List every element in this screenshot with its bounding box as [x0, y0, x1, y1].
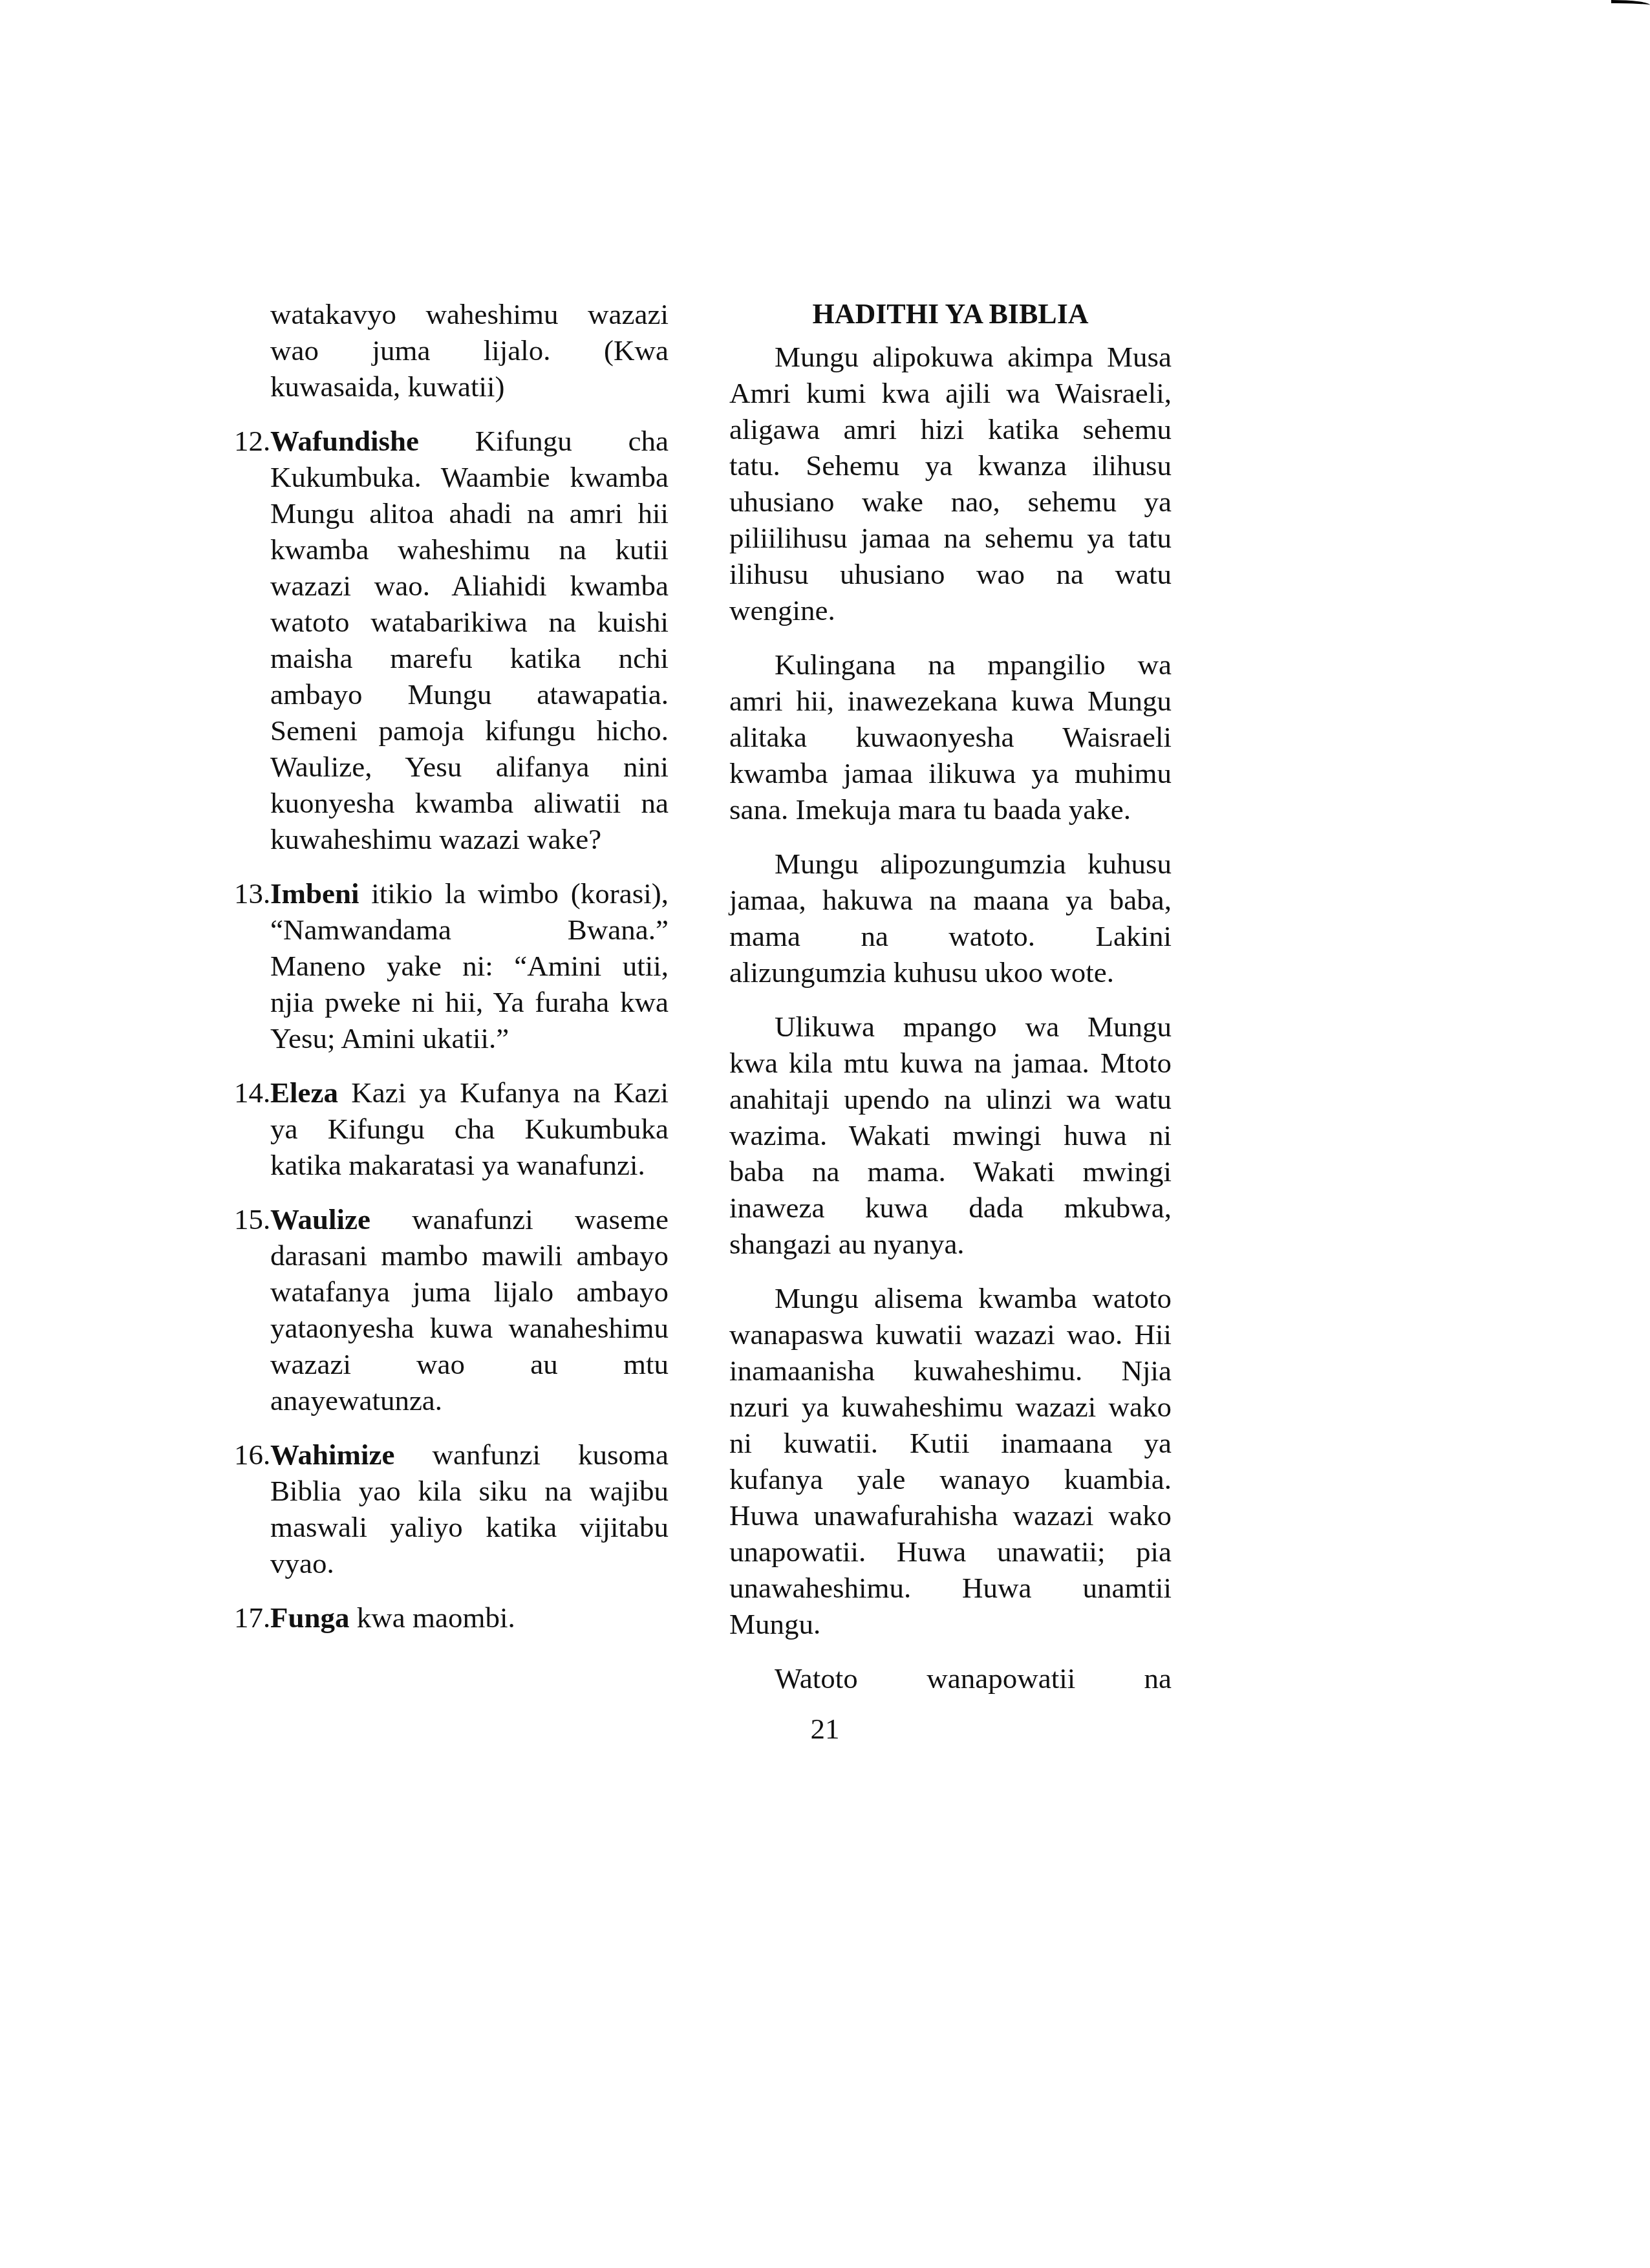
text-line: watakavyo waheshimu wazazi: [270, 296, 669, 332]
item-number: 12.: [234, 423, 270, 459]
text-line: Mungu alitoa ahadi na amri hii: [270, 495, 669, 531]
text-line: watafanya juma lijalo ambayo: [270, 1274, 669, 1310]
text-line: kuwasaida, kuwatii): [270, 369, 669, 405]
text-line: aligawa amri hizi katika sehemu: [729, 411, 1172, 447]
text-line: shangazi au nyanya.: [729, 1226, 1172, 1262]
text-line: wanapaswa kuwatii wazazi wao. Hii: [729, 1316, 1172, 1353]
text-line: unawaheshimu. Huwa unamtii: [729, 1570, 1172, 1606]
item-text: Kifungu cha: [475, 425, 669, 457]
text-line: maisha marefu katika nchi: [270, 640, 669, 676]
continuation-text: watakavyo waheshimu wazazi wao juma lija…: [234, 296, 669, 405]
text-line: Yesu; Amini ukatii.”: [270, 1020, 669, 1056]
text-line: Waulize, Yesu alifanya nini: [270, 749, 669, 785]
text-line: uhusiano wake nao, sehemu ya: [729, 484, 1172, 520]
text-line: Wafundishe Kifungu cha: [270, 423, 669, 459]
text-line: nzuri ya kuwaheshimu wazazi wako: [729, 1389, 1172, 1425]
text-line: inamaanisha kuwaheshimu. Njia: [729, 1353, 1172, 1389]
text-line: Waulize wanafunzi waseme: [270, 1201, 669, 1237]
item-lead-verb: Wahimize: [270, 1439, 394, 1471]
text-line: Mungu alisema kwamba watoto: [729, 1280, 1172, 1316]
text-line: kuonyesha kwamba aliwatii na: [270, 785, 669, 821]
paragraph: Ulikuwa mpango wa Mungukwa kila mtu kuwa…: [729, 1009, 1172, 1262]
text-line: yataonyesha kuwa wanaheshimu: [270, 1310, 669, 1346]
text-line: Maneno yake ni: “Amini utii,: [270, 948, 669, 984]
list-item: 15.Waulize wanafunzi wasemedarasani mamb…: [234, 1201, 669, 1418]
text-line: piliilihusu jamaa na sehemu ya tatu: [729, 520, 1172, 556]
list-item: 13.Imbeni itikio la wimbo (korasi),“Namw…: [234, 875, 669, 1056]
text-line: njia pweke ni hii, Ya furaha kwa: [270, 984, 669, 1020]
item-lead-verb: Wafundishe: [270, 425, 419, 457]
page-number: 21: [0, 1712, 1650, 1746]
text-line: ni kuwatii. Kutii inamaana ya: [729, 1425, 1172, 1461]
item-text: kwa maombi.: [357, 1601, 515, 1634]
text-line: katika makaratasi ya wanafunzi.: [270, 1147, 669, 1183]
paragraph: Watoto wanapowatii na: [729, 1660, 1172, 1696]
text-line: Eleza Kazi ya Kufanya na Kazi: [270, 1075, 669, 1111]
text-line: watoto watabarikiwa na kuishi: [270, 604, 669, 640]
text-line: tatu. Sehemu ya kwanza ilihusu: [729, 447, 1172, 484]
item-lead-verb: Eleza: [270, 1076, 338, 1109]
text-line: Mungu alipozungumzia kuhusu: [729, 846, 1172, 882]
instruction-list: 12.Wafundishe Kifungu chaKukumbuka. Waam…: [234, 423, 669, 1636]
text-line: wazima. Wakati mwingi huwa ni: [729, 1117, 1172, 1153]
text-line: kwamba waheshimu na kutii: [270, 531, 669, 568]
item-text: Kazi ya Kufanya na Kazi: [351, 1076, 669, 1109]
text-line: wazazi wao au mtu: [270, 1346, 669, 1382]
paragraph: Mungu alipokuwa akimpa MusaAmri kumi kwa…: [729, 339, 1172, 628]
text-line: Semeni pamoja kifungu hicho.: [270, 712, 669, 749]
text-line: Kulingana na mpangilio wa: [729, 647, 1172, 683]
item-text: wanafunzi waseme: [412, 1203, 669, 1236]
item-number: 13.: [234, 875, 270, 912]
list-item: 12.Wafundishe Kifungu chaKukumbuka. Waam…: [234, 423, 669, 857]
item-number: 17.: [234, 1599, 270, 1636]
text-line: anahitaji upendo na ulinzi wa watu: [729, 1081, 1172, 1117]
item-number: 14.: [234, 1075, 270, 1111]
text-line: sana. Imekuja mara tu baada yake.: [729, 791, 1172, 828]
text-line: wazazi wao. Aliahidi kwamba: [270, 568, 669, 604]
text-line: ambayo Mungu atawapatia.: [270, 676, 669, 712]
text-line: maswali yaliyo katika vijitabu: [270, 1509, 669, 1545]
text-line: Mungu.: [729, 1606, 1172, 1642]
text-line: kufanya yale wanayo kuambia.: [729, 1461, 1172, 1497]
text-line: Watoto wanapowatii na: [729, 1660, 1172, 1696]
text-line: anayewatunza.: [270, 1382, 669, 1418]
text-line: kwamba jamaa ilikuwa ya muhimu: [729, 755, 1172, 791]
list-item: 14.Eleza Kazi ya Kufanya na Kaziya Kifun…: [234, 1075, 669, 1183]
text-line: jamaa, hakuwa na maana ya baba,: [729, 882, 1172, 918]
text-line: vyao.: [270, 1545, 669, 1581]
text-line: Amri kumi kwa ajili wa Waisraeli,: [729, 375, 1172, 411]
text-line: ilihusu uhusiano wao na watu: [729, 556, 1172, 592]
text-line: baba na mama. Wakati mwingi: [729, 1153, 1172, 1190]
text-line: Imbeni itikio la wimbo (korasi),: [270, 875, 669, 912]
text-line: “Namwandama Bwana.”: [270, 912, 669, 948]
item-text: wanfunzi kusoma: [433, 1439, 669, 1471]
text-line: wengine.: [729, 592, 1172, 628]
text-line: Biblia yao kila siku na wajibu: [270, 1473, 669, 1509]
item-lead-verb: Imbeni: [270, 877, 359, 910]
right-column: HADITHI YA BIBLIA Mungu alipokuwa akimpa…: [729, 296, 1172, 1715]
text-line: mama na watoto. Lakini: [729, 918, 1172, 954]
section-heading: HADITHI YA BIBLIA: [729, 296, 1172, 332]
text-line: kwa kila mtu kuwa na jamaa. Mtoto: [729, 1045, 1172, 1081]
item-number: 16.: [234, 1437, 270, 1473]
paragraph: Mungu alisema kwamba watotowanapaswa kuw…: [729, 1280, 1172, 1642]
text-line: Kukumbuka. Waambie kwamba: [270, 459, 669, 495]
text-line: alitaka kuwaonyesha Waisraeli: [729, 719, 1172, 755]
list-item: 16.Wahimize wanfunzi kusomaBiblia yao ki…: [234, 1437, 669, 1581]
item-text: itikio la wimbo (korasi),: [371, 877, 669, 910]
text-line: darasani mambo mawili ambayo: [270, 1237, 669, 1274]
text-line: ya Kifungu cha Kukumbuka: [270, 1111, 669, 1147]
paragraph: Kulingana na mpangilio waamri hii, inawe…: [729, 647, 1172, 828]
text-line: unapowatii. Huwa unawatii; pia: [729, 1534, 1172, 1570]
bible-story-text: Mungu alipokuwa akimpa MusaAmri kumi kwa…: [729, 339, 1172, 1696]
text-line: kuwaheshimu wazazi wake?: [270, 821, 669, 857]
text-line: Huwa unawafurahisha wazazi wako: [729, 1497, 1172, 1534]
text-line: Mungu alipokuwa akimpa Musa: [729, 339, 1172, 375]
item-lead-verb: Waulize: [270, 1203, 370, 1236]
scan-corner-mark: [1611, 0, 1650, 8]
list-item: 17.Funga kwa maombi.: [234, 1599, 669, 1636]
text-line: amri hii, inawezekana kuwa Mungu: [729, 683, 1172, 719]
paragraph: Mungu alipozungumzia kuhusujamaa, hakuwa…: [729, 846, 1172, 990]
text-line: inaweza kuwa dada mkubwa,: [729, 1190, 1172, 1226]
text-line: Funga kwa maombi.: [270, 1599, 669, 1636]
text-line: Ulikuwa mpango wa Mungu: [729, 1009, 1172, 1045]
text-line: wao juma lijalo. (Kwa: [270, 332, 669, 369]
item-number: 15.: [234, 1201, 270, 1237]
text-line: alizungumzia kuhusu ukoo wote.: [729, 954, 1172, 990]
left-column: watakavyo waheshimu wazazi wao juma lija…: [234, 296, 669, 1654]
item-lead-verb: Funga: [270, 1601, 350, 1634]
text-line: Wahimize wanfunzi kusoma: [270, 1437, 669, 1473]
